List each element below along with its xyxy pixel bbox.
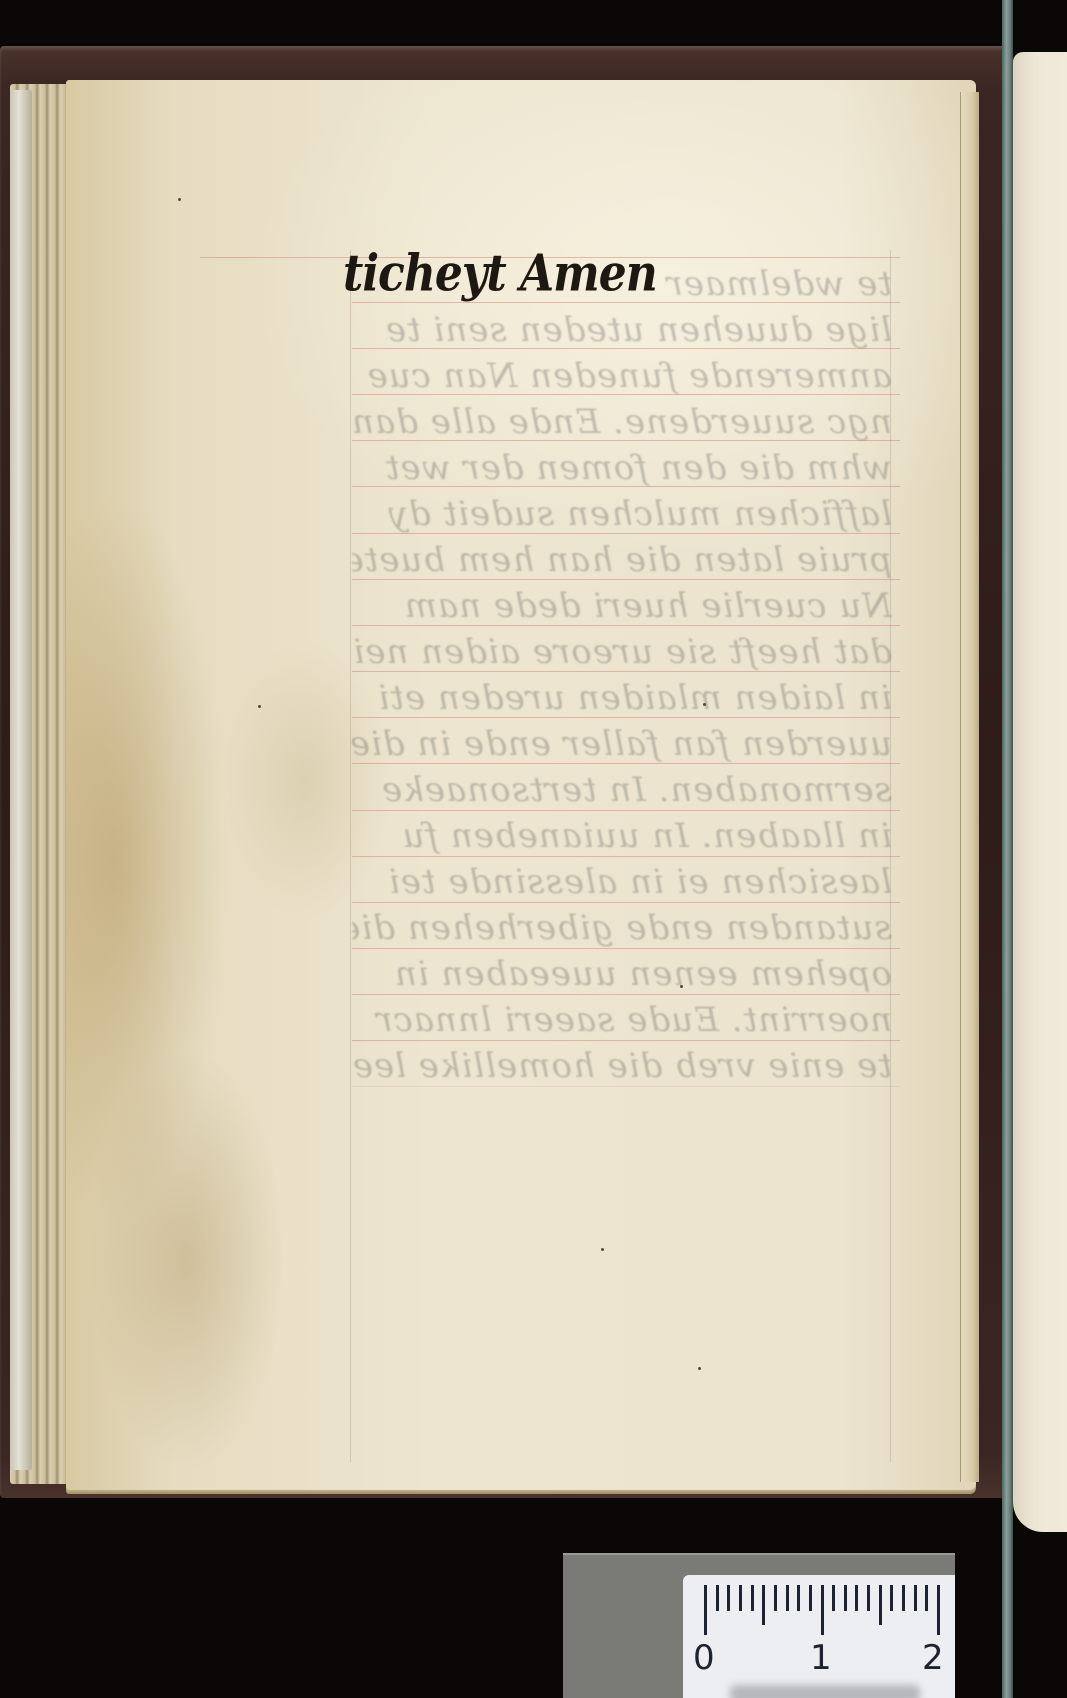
ghost-line: pruie laten die han hem bueter	[352, 538, 892, 582]
ghost-line: opehem eenen uueeaben in	[352, 952, 892, 996]
ruler-tick	[925, 1585, 928, 1611]
facing-page	[1013, 52, 1067, 1532]
ghost-line: in llaaben. In uuianeben fu	[352, 814, 892, 858]
speck	[178, 198, 181, 201]
left-frame-rule	[350, 250, 351, 1462]
ruler-tick	[786, 1585, 789, 1611]
ghost-line: ngc suuerdene. Ende alle dan	[352, 400, 892, 444]
ruler-tick	[739, 1585, 742, 1611]
ruler-tick	[751, 1585, 754, 1611]
ghost-line: whm die den fomen der wet	[352, 446, 892, 490]
ruler-tick	[890, 1585, 893, 1611]
ruler-tick	[937, 1585, 940, 1635]
manuscript-text: ticheyt Amen	[343, 244, 657, 303]
ghost-line: in laiden mlaiden ureden eti	[352, 676, 892, 720]
ruler-tick	[821, 1585, 824, 1635]
ghost-line: laffichen mulchen sudeit dy	[352, 492, 892, 536]
ghost-line: uuerden fan faller ende in die	[352, 722, 892, 766]
ghost-line: sutanden ende giberhehen die	[352, 906, 892, 950]
ruler-label-0: 0	[693, 1638, 715, 1678]
outer-leaf-edge	[10, 90, 32, 1470]
ghost-line: dat heeft sie ureore aiden neitnie	[352, 630, 892, 674]
ruler-tick	[879, 1585, 882, 1625]
page-fore-edge	[960, 92, 979, 1482]
ruler-tick	[844, 1585, 847, 1611]
ruler-tick	[727, 1585, 730, 1611]
ghost-line: anmerende funeden Nan cue	[352, 354, 892, 398]
ruler-tick	[704, 1585, 707, 1635]
speck	[258, 705, 261, 708]
speck	[703, 703, 706, 706]
ghost-line: te enie vreb die homellike lee	[352, 1044, 892, 1088]
ghost-line: noerrint. Eude saeeri lnnacr	[352, 998, 892, 1042]
ghost-line: lige duuehen uteden seni te	[352, 308, 892, 352]
ghost-line: laesichen ei in alessinde tei	[352, 860, 892, 904]
ruler-tick	[762, 1585, 765, 1625]
speck	[601, 1248, 604, 1251]
ruler-tick	[797, 1585, 800, 1611]
speck	[680, 985, 683, 988]
ghost-line: Nu cuerlie hueri dede nam	[352, 584, 892, 628]
glass-plate-edge	[1002, 0, 1013, 1698]
ruler-tick	[914, 1585, 917, 1611]
ruler-tick	[867, 1585, 870, 1611]
ruler-tick	[832, 1585, 835, 1611]
ghost-line: sermonaben. In tertsonaeke	[352, 768, 892, 812]
ruler-printed-mark	[730, 1685, 920, 1698]
ruler-label-1: 1	[810, 1638, 832, 1678]
speck	[698, 1367, 701, 1370]
ruler-tick	[902, 1585, 905, 1611]
ruler-tick	[809, 1585, 812, 1611]
ruler-label-2: 2	[922, 1638, 944, 1678]
ruler-tick	[774, 1585, 777, 1611]
ruler-tick	[716, 1585, 719, 1611]
ruler-tick	[855, 1585, 858, 1611]
